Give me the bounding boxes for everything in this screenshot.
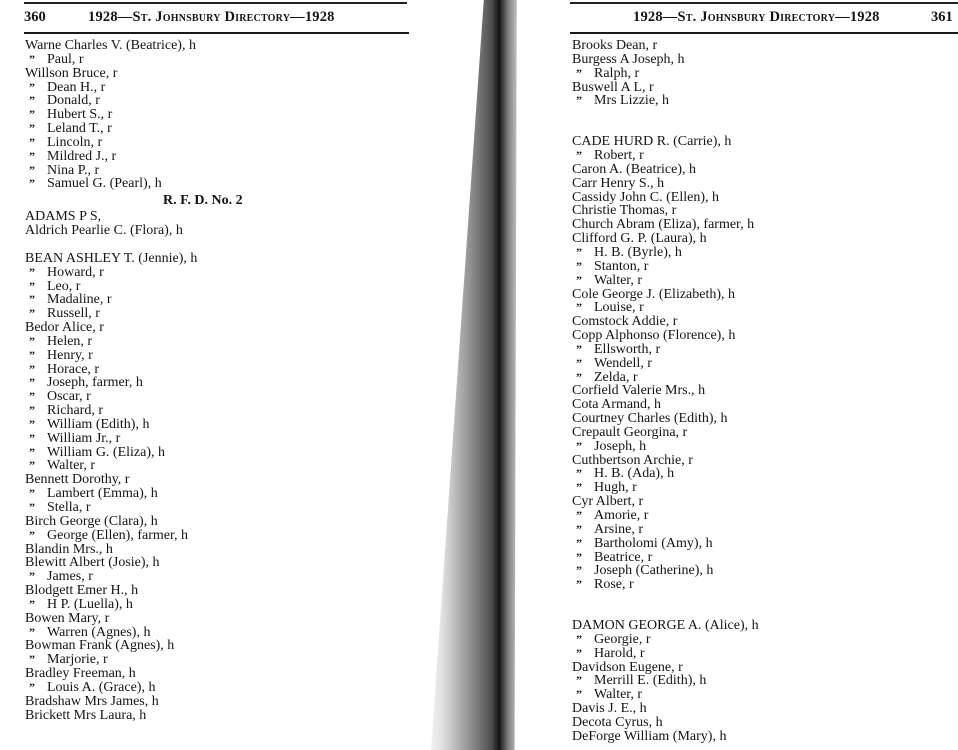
directory-entry: Comstock Addie, r [572,315,952,329]
ditto-mark: ” [29,164,47,178]
directory-sub-entry: ”William (Edith), h [25,418,405,432]
directory-entry: DeForge William (Mary), h [572,730,952,744]
directory-sub-entry: ”George (Ellen), farmer, h [25,529,405,543]
entry-text: Leo, r [47,279,80,294]
directory-sub-entry: ”Joseph, h [572,440,952,454]
entry-text: Walter, r [594,273,642,288]
ditto-mark: ” [576,537,594,551]
ditto-mark: ” [29,293,47,307]
ditto-mark: ” [29,177,47,191]
directory-entry: Bennett Dorothy, r [25,473,405,487]
directory-entry: ADAMS P S, [25,210,405,224]
entry-text: Beatrice, r [594,550,652,565]
ditto-mark: ” [29,266,47,280]
directory-entries: Brooks Dean, rBurgess A Joseph, h”Ralph,… [572,39,952,744]
directory-entry: Clifford G. P. (Laura), h [572,232,952,246]
directory-sub-entry: ”Mildred J., r [25,150,405,164]
directory-entry: Bowman Frank (Agnes), h [25,639,405,653]
directory-sub-entry: ”Leland T., r [25,122,405,136]
entry-text: Warren (Agnes), h [47,625,150,640]
directory-entry: Willson Bruce, r [25,67,405,81]
directory-entry: Bedor Alice, r [25,321,405,335]
directory-entry: Davidson Eugene, r [572,661,952,675]
entry-text: Rose, r [594,577,634,592]
ditto-mark: ” [29,150,47,164]
ditto-mark: ” [576,564,594,578]
directory-entry: Courtney Charles (Edith), h [572,412,952,426]
directory-sub-entry: ”William G. (Eliza), h [25,446,405,460]
entry-text: James, r [47,569,93,584]
directory-sub-entry: ”H. B. (Ada), h [572,467,952,481]
directory-entries: Warne Charles V. (Beatrice), h”Paul, rWi… [25,39,405,723]
entry-text: Richard, r [47,403,103,418]
running-head-title: 1928—St. Johnsbury Directory—1928 [633,7,880,27]
ditto-mark: ” [29,459,47,473]
entry-text: Merrill E. (Edith), h [594,673,706,688]
ditto-mark: ” [29,376,47,390]
entry-text: Robert, r [594,148,644,163]
directory-sub-entry: ”Leo, r [25,280,405,294]
header-rule [24,32,409,34]
ditto-mark: ” [576,67,594,81]
directory-entry: DAMON GEORGE A. (Alice), h [572,619,952,633]
ditto-mark: ” [576,578,594,592]
entry-text: Joseph, h [594,439,646,454]
entry-text: Amorie, r [594,508,648,523]
entry-text: Joseph, farmer, h [47,375,143,390]
entry-text: Russell, r [47,306,100,321]
entry-text: Dean H., r [47,80,105,95]
ditto-mark: ” [576,94,594,108]
ditto-mark: ” [29,94,47,108]
ditto-mark: ” [29,81,47,95]
directory-sub-entry: ”Henry, r [25,349,405,363]
directory-entry: CADE HURD R. (Carrie), h [572,135,952,149]
entry-text: Stella, r [47,500,91,515]
ditto-mark: ” [29,681,47,695]
ditto-mark: ” [29,404,47,418]
directory-entry: Corfield Valerie Mrs., h [572,384,952,398]
ditto-mark: ” [29,335,47,349]
entry-text: Stanton, r [594,259,648,274]
entry-text: Helen, r [47,334,92,349]
entry-text: George (Ellen), farmer, h [47,528,188,543]
ditto-mark: ” [29,418,47,432]
entry-text: William G. (Eliza), h [47,445,165,460]
directory-entry: Brooks Dean, r [572,39,952,53]
right-page: 1928—St. Johnsbury Directory—1928 361 Br… [510,0,958,750]
directory-sub-entry: ”Ellsworth, r [572,343,952,357]
ditto-mark: ” [576,246,594,260]
directory-entry: Blewitt Albert (Josie), h [25,556,405,570]
ditto-mark: ” [29,501,47,515]
directory-sub-entry: ”Beatrice, r [572,551,952,565]
ditto-mark: ” [29,598,47,612]
entry-text: Louise, r [594,300,644,315]
ditto-mark: ” [29,53,47,67]
directory-entry: Cyr Albert, r [572,495,952,509]
entry-text: Donald, r [47,93,100,108]
ditto-mark: ” [29,108,47,122]
directory-sub-entry: ”Walter, r [572,688,952,702]
directory-sub-entry: ”Arsine, r [572,523,952,537]
directory-entry: Caron A. (Beatrice), h [572,163,952,177]
directory-sub-entry: ”Dean H., r [25,81,405,95]
entry-text: Harold, r [594,646,645,661]
ditto-mark: ” [29,122,47,136]
directory-entry: Aldrich Pearlie C. (Flora), h [25,224,405,238]
entry-text: Arsine, r [594,522,643,537]
directory-entry: Burgess A Joseph, h [572,53,952,67]
entry-text: Mrs Lizzie, h [594,93,669,108]
entry-text: Marjorie, r [47,652,108,667]
ditto-mark: ” [576,523,594,537]
directory-entry: Cole George J. (Elizabeth), h [572,288,952,302]
directory-entry: Blodgett Emer H., h [25,584,405,598]
directory-entry: Bradshaw Mrs James, h [25,695,405,709]
top-rule [24,2,407,4]
running-head-title: 1928—St. Johnsbury Directory—1928 [88,7,335,27]
directory-sub-entry: ”Stella, r [25,501,405,515]
entry-text: Walter, r [47,458,95,473]
ditto-mark: ” [29,349,47,363]
entry-text: Georgie, r [594,632,651,647]
directory-sub-entry: ”Rose, r [572,578,952,592]
directory-entry: Christie Thomas, r [572,204,952,218]
directory-sub-entry: ”Joseph (Catherine), h [572,564,952,578]
directory-entry: Cassidy John C. (Ellen), h [572,191,952,205]
directory-sub-entry: ”Ralph, r [572,67,952,81]
directory-sub-entry: ”Stanton, r [572,260,952,274]
directory-sub-entry: ”Robert, r [572,149,952,163]
directory-sub-entry: ”William Jr., r [25,432,405,446]
directory-entry: Carr Henry S., h [572,177,952,191]
ditto-mark: ” [576,509,594,523]
directory-sub-entry: ”Walter, r [572,274,952,288]
directory-sub-entry: ”Oscar, r [25,390,405,404]
directory-entry: Church Abram (Eliza), farmer, h [572,218,952,232]
ditto-mark: ” [29,529,47,543]
directory-sub-entry: ”H. B. (Byrle), h [572,246,952,260]
directory-sub-entry: ”Richard, r [25,404,405,418]
directory-sub-entry: ”Marjorie, r [25,653,405,667]
ditto-mark: ” [576,647,594,661]
directory-entry: Bradley Freeman, h [25,667,405,681]
directory-entry: Brickett Mrs Laura, h [25,709,405,723]
ditto-mark: ” [29,136,47,150]
ditto-mark: ” [29,432,47,446]
ditto-mark: ” [29,570,47,584]
directory-sub-entry: ”Lambert (Emma), h [25,487,405,501]
directory-sub-entry: ”Lincoln, r [25,136,405,150]
entry-text: H P. (Luella), h [47,597,133,612]
directory-sub-entry: ”Paul, r [25,53,405,67]
directory-entry: Copp Alphonso (Florence), h [572,329,952,343]
directory-sub-entry: ”Warren (Agnes), h [25,626,405,640]
entry-spacer [25,238,405,252]
directory-sub-entry: ”Hubert S., r [25,108,405,122]
ditto-mark: ” [29,626,47,640]
ditto-mark: ” [576,633,594,647]
directory-sub-entry: ”Samuel G. (Pearl), h [25,177,405,191]
ditto-mark: ” [576,688,594,702]
directory-sub-entry: ”Mrs Lizzie, h [572,94,952,108]
directory-entry: Cuthbertson Archie, r [572,454,952,468]
directory-sub-entry: ”Zelda, r [572,371,952,385]
entry-text: Paul, r [47,52,84,67]
ditto-mark: ” [576,274,594,288]
directory-sub-entry: ”Joseph, farmer, h [25,376,405,390]
directory-sub-entry: ”Hugh, r [572,481,952,495]
ditto-mark: ” [29,280,47,294]
ditto-mark: ” [576,467,594,481]
directory-entry: Buswell A L, r [572,81,952,95]
directory-entry: Birch George (Clara), h [25,515,405,529]
ditto-mark: ” [29,363,47,377]
directory-sub-entry: ”Harold, r [572,647,952,661]
ditto-mark: ” [576,357,594,371]
directory-sub-entry: ”Walter, r [25,459,405,473]
directory-sub-entry: ”Madaline, r [25,293,405,307]
entry-text: Samuel G. (Pearl), h [47,176,162,191]
entry-text: Madaline, r [47,292,112,307]
ditto-mark: ” [29,307,47,321]
directory-sub-entry: ”Bartholomi (Amy), h [572,537,952,551]
entry-text: Ellsworth, r [594,342,660,357]
entry-text: Hugh, r [594,480,637,495]
ditto-mark: ” [576,440,594,454]
directory-sub-entry: ”Horace, r [25,363,405,377]
directory-entry: Crepault Georgina, r [572,426,952,440]
directory-sub-entry: ”Louis A. (Grace), h [25,681,405,695]
directory-sub-entry: ”Helen, r [25,335,405,349]
entry-text: H. B. (Ada), h [594,466,674,481]
directory-sub-entry: ”Nina P., r [25,164,405,178]
entry-text: Oscar, r [47,389,91,404]
page-number: 360 [24,7,46,27]
directory-entry: Warne Charles V. (Beatrice), h [25,39,405,53]
left-page: 360 1928—St. Johnsbury Directory—1928 Wa… [0,0,440,750]
top-rule [570,2,958,4]
entry-text: Ralph, r [594,66,639,81]
entry-text: Henry, r [47,348,93,363]
entry-text: Walter, r [594,687,642,702]
header-rule [570,32,958,34]
ditto-mark: ” [576,260,594,274]
entry-text: H. B. (Byrle), h [594,245,682,260]
ditto-mark: ” [576,481,594,495]
directory-sub-entry: ”Merrill E. (Edith), h [572,674,952,688]
directory-entry: Bowen Mary, r [25,612,405,626]
directory-entry: Blandin Mrs., h [25,543,405,557]
directory-sub-entry: ”H P. (Luella), h [25,598,405,612]
entry-text: Louis A. (Grace), h [47,680,155,695]
entry-text: Howard, r [47,265,104,280]
ditto-mark: ” [576,371,594,385]
ditto-mark: ” [576,149,594,163]
ditto-mark: ” [29,390,47,404]
directory-sub-entry: ”Howard, r [25,266,405,280]
directory-entry: Cota Armand, h [572,398,952,412]
entry-text: Wendell, r [594,356,652,371]
entry-text: Bartholomi (Amy), h [594,536,713,551]
entry-text: Hubert S., r [47,107,112,122]
ditto-mark: ” [29,653,47,667]
ditto-mark: ” [576,674,594,688]
ditto-mark: ” [576,301,594,315]
directory-sub-entry: ”Amorie, r [572,509,952,523]
directory-entry: BEAN ASHLEY T. (Jennie), h [25,252,405,266]
entry-text: William Jr., r [47,431,120,446]
directory-sub-entry: ”James, r [25,570,405,584]
ditto-mark: ” [29,446,47,460]
entry-text: William (Edith), h [47,417,149,432]
directory-sub-entry: ”Donald, r [25,94,405,108]
directory-sub-entry: ”Louise, r [572,301,952,315]
section-heading: R. F. D. No. 2 [25,192,405,210]
entry-text: Mildred J., r [47,149,116,164]
entry-text: Horace, r [47,362,99,377]
entry-text: Lambert (Emma), h [47,486,158,501]
directory-sub-entry: ”Wendell, r [572,357,952,371]
ditto-mark: ” [29,487,47,501]
directory-entry: Decota Cyrus, h [572,716,952,730]
directory-entry: Davis J. E., h [572,702,952,716]
entry-spacer [572,592,952,619]
ditto-mark: ” [576,551,594,565]
entry-spacer [572,108,952,135]
entry-text: Leland T., r [47,121,112,136]
entry-text: Nina P., r [47,163,99,178]
entry-text: Zelda, r [594,370,638,385]
entry-text: Joseph (Catherine), h [594,563,713,578]
ditto-mark: ” [576,343,594,357]
directory-sub-entry: ”Georgie, r [572,633,952,647]
directory-sub-entry: ”Russell, r [25,307,405,321]
page-number: 361 [931,7,953,27]
entry-text: Lincoln, r [47,135,102,150]
